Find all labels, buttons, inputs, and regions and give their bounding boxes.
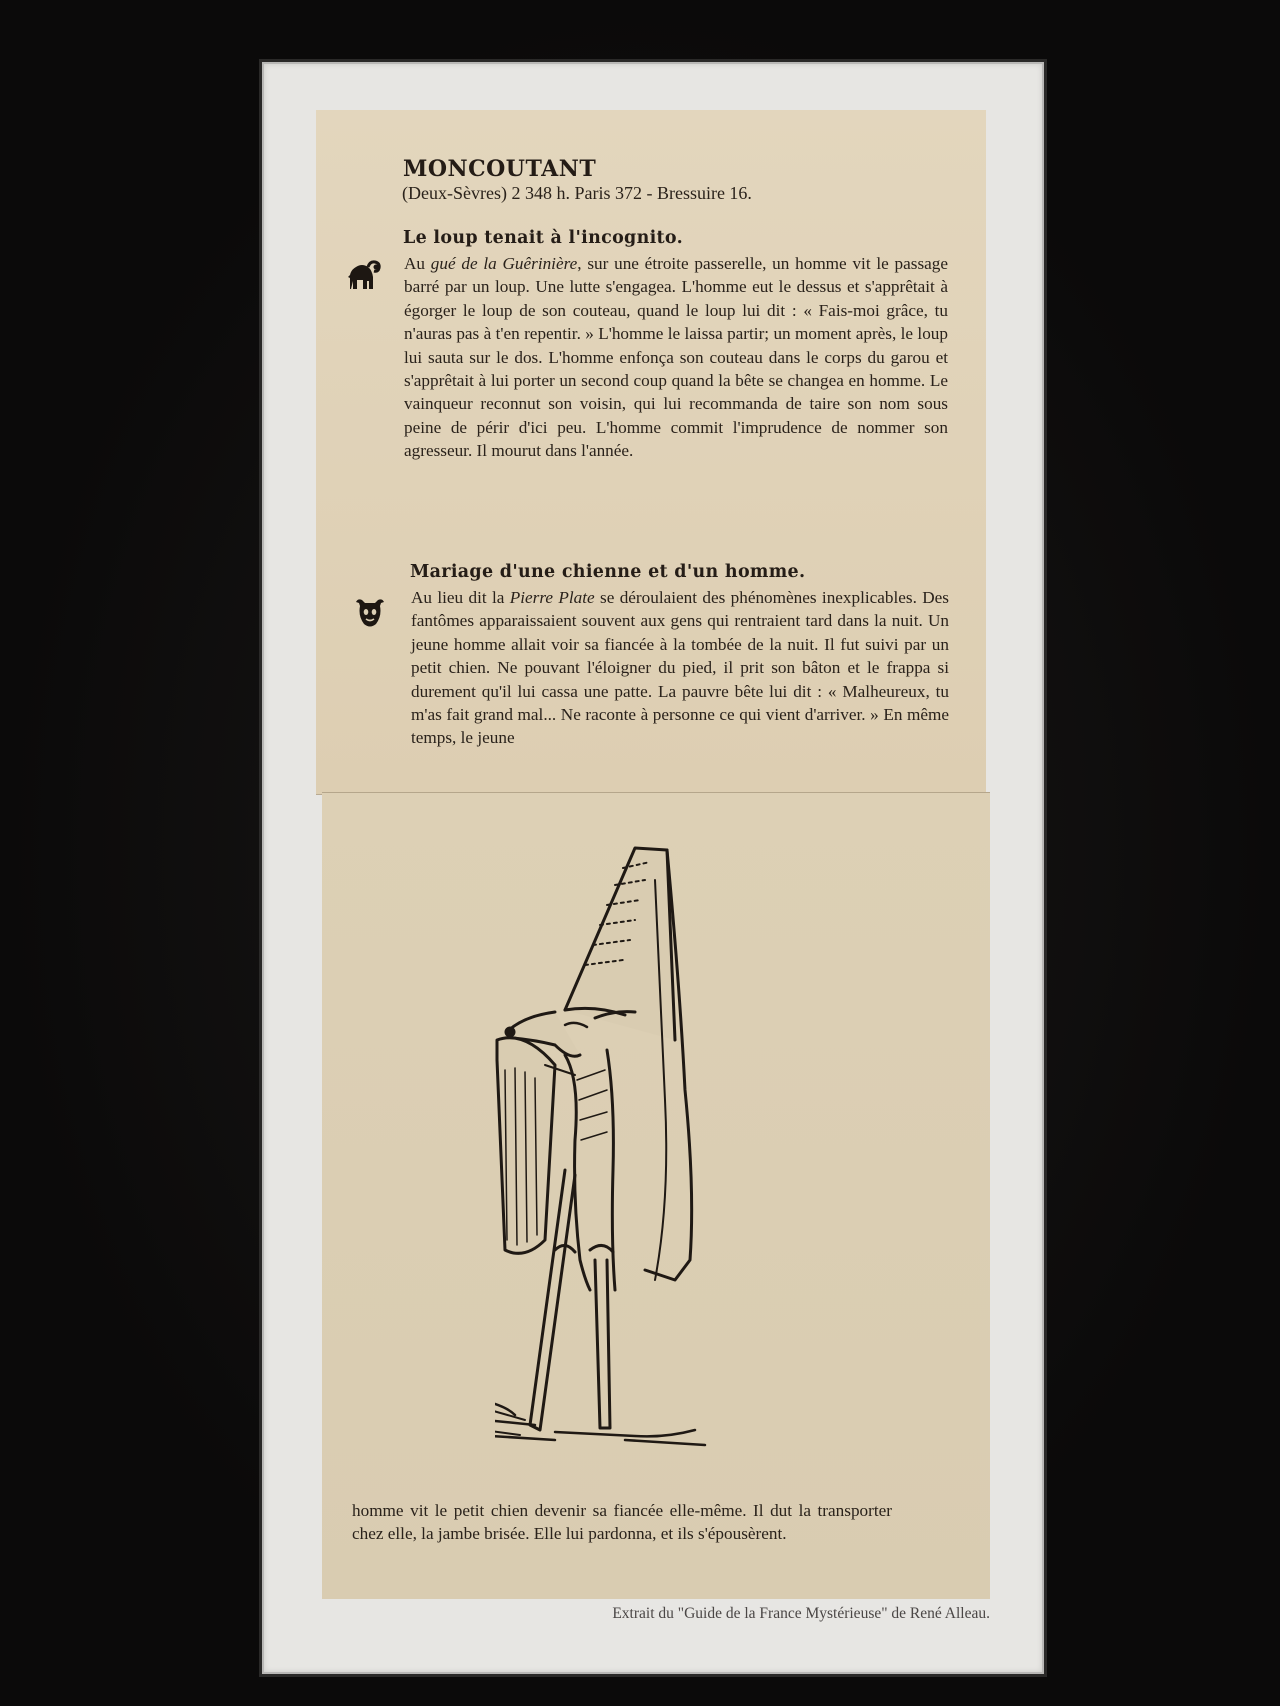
story-text: Au [404,254,431,273]
source-caption: Extrait du "Guide de la France Mystérieu… [612,1605,990,1623]
story-text: Au lieu dit la [411,588,510,607]
place-name: gué de la Guêrinière [431,254,577,273]
story-title-2: Mariage d'une chienne et d'un homme. [410,562,805,582]
woodcut-illustration [495,840,755,1480]
story-body-2: Au lieu dit la Pierre Plate se déroulaie… [411,586,949,750]
black-cat-icon [346,259,382,291]
demon-face-icon [354,596,386,630]
place-name: Pierre Plate [510,588,595,607]
town-info: (Deux-Sèvres) 2 348 h. Paris 372 - Bress… [402,183,752,204]
story-text: se déroulaient des phénomènes inexplicab… [411,588,949,747]
story-title-1: Le loup tenait à l'incognito. [403,228,683,248]
story-text: , sur une étroite passerelle, un homme v… [404,254,948,460]
story-body-1: Au gué de la Guêrinière, sur une étroite… [404,252,948,463]
story-continuation: homme vit le petit chien devenir sa fian… [352,1499,892,1546]
town-heading: MONCOUTANT [403,156,596,182]
